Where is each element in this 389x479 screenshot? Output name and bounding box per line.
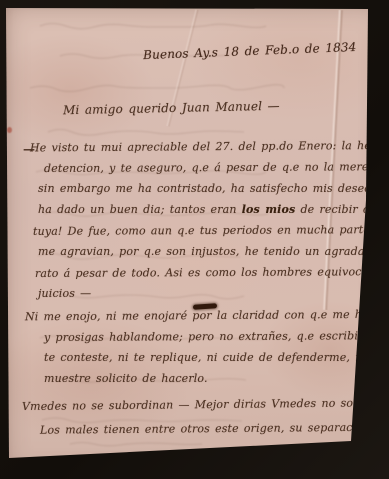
- letter-page: Buenos Ay.s 18 de Feb.o de 1834 Mi amigo…: [0, 0, 389, 479]
- para2-line4: muestre solicito de hacerlo.: [44, 372, 208, 385]
- para1-line8: juicios —: [38, 287, 91, 300]
- para1-line1: He visto tu mui apreciable del 27. del p…: [30, 139, 389, 155]
- photo-mount: Buenos Ay.s 18 de Feb.o de 1834 Mi amigo…: [0, 0, 389, 479]
- para1-line5: tuya! De fue, como aun q.e tus periodos …: [33, 223, 370, 238]
- para1-line3: sin embargo me ha contristado, ha satisf…: [38, 182, 389, 195]
- para1-line6: me agravian, por q.e son injustos, he te…: [38, 245, 382, 258]
- para1-line4: ha dado un buen dia; tantos eran los mio…: [38, 203, 389, 216]
- para1-line4-post: de recibir carta: [295, 203, 389, 216]
- para1-line4-emphasis: los mios: [242, 203, 296, 216]
- para1-line2: detencion, y te aseguro, q.e á pesar de …: [44, 160, 389, 175]
- para1-line7: rato á pesar de todo. Asi es como los ho…: [35, 265, 389, 280]
- para2-line3: te conteste, ni te replique, ni cuide de…: [44, 351, 388, 364]
- para2-line1: Ni me enojo, ni me enojaré por la clarid…: [25, 308, 389, 324]
- para1-line4-pre: ha dado un buen dia; tantos eran: [38, 203, 242, 216]
- red-stain: [7, 127, 12, 133]
- para2-line2: y prosigas hablandome; pero no extrañes,…: [44, 329, 389, 344]
